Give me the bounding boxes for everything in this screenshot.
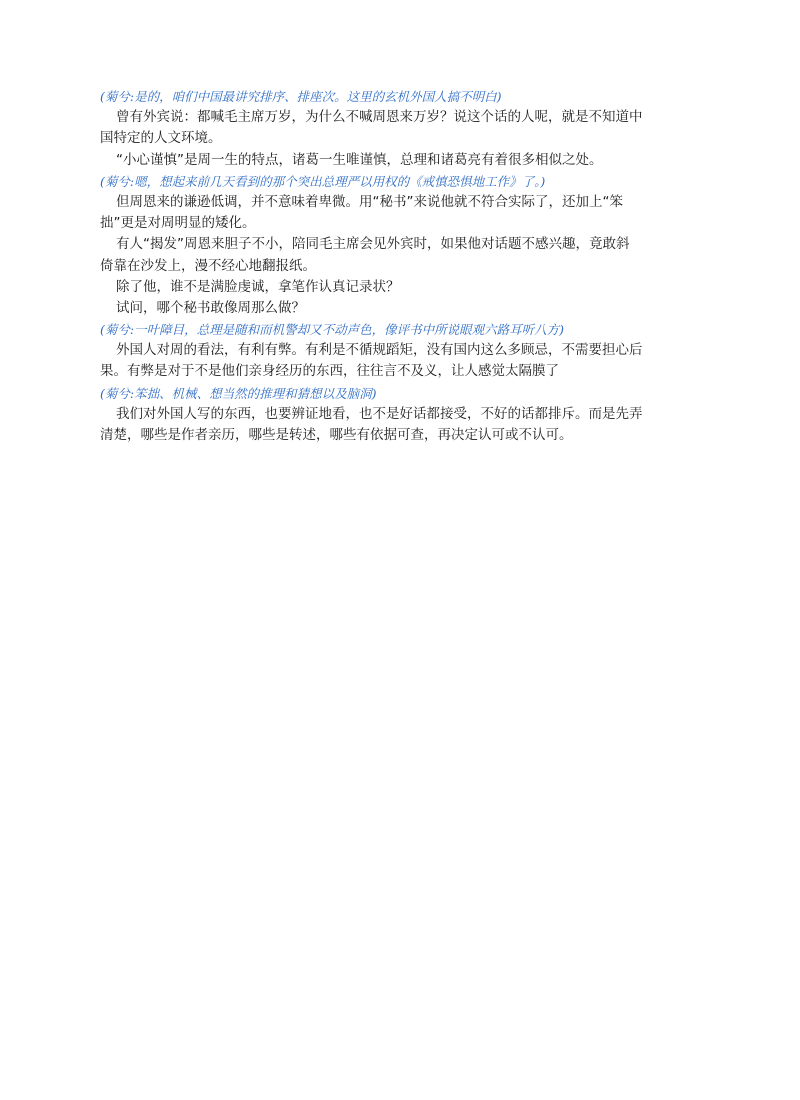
body-line: 我们对外国人写的东西，也要辨证地看，也不是好话都接受，不好的话都排斥。而是先弄 <box>100 404 660 425</box>
body-line: 国特定的人文环境。 <box>100 128 660 149</box>
document-page: (菊兮:是的，咱们中国最讲究排序、排座次。这里的玄机外国人搞不明白) 曾有外宾说… <box>100 86 660 446</box>
body-line: 但周恩来的谦逊低调，并不意味着卑微。用“秘书”来说他就不符合实际了，还加上“笨 <box>100 192 660 213</box>
body-line: 外国人对周的看法，有利有弊。有利是不循规蹈矩，没有国内这么多顾忌，不需要担心后 <box>100 340 660 361</box>
body-line: “小心谨慎”是周一生的特点，诸葛一生唯谨慎，总理和诸葛亮有着很多相似之处。 <box>100 150 660 171</box>
body-line: 果。有弊是对于不是他们亲身经历的东西，往往言不及义，让人感觉太隔膜了 <box>100 361 660 382</box>
body-line: 试问，哪个秘书敢像周那么做？ <box>100 298 660 319</box>
body-line: 曾有外宾说：都喊毛主席万岁，为什么不喊周恩来万岁？说这个话的人呢，就是不知道中 <box>100 107 660 128</box>
annotation-note: (菊兮:是的，咱们中国最讲究排序、排座次。这里的玄机外国人搞不明白) <box>100 86 660 107</box>
annotation-note: (菊兮:笨拙、机械、想当然的推理和猜想以及脑洞) <box>100 383 660 404</box>
body-line: 有人“揭发”周恩来胆子不小，陪同毛主席会见外宾时，如果他对话题不感兴趣，竟敢斜 <box>100 234 660 255</box>
body-line: 清楚，哪些是作者亲历，哪些是转述，哪些有依据可查，再决定认可或不认可。 <box>100 425 660 446</box>
body-line: 倚靠在沙发上，漫不经心地翻报纸。 <box>100 256 660 277</box>
body-line: 除了他，谁不是满脸虔诚，拿笔作认真记录状？ <box>100 277 660 298</box>
annotation-note: (菊兮:一叶障目，总理是随和而机警却又不动声色，像评书中所说眼观六路耳听八方) <box>100 319 660 340</box>
body-line: 拙”更是对周明显的矮化。 <box>100 213 660 234</box>
annotation-note: (菊兮:嗯，想起来前几天看到的那个突出总理严以用权的《戒慎恐惧地工作》了。) <box>100 171 660 192</box>
